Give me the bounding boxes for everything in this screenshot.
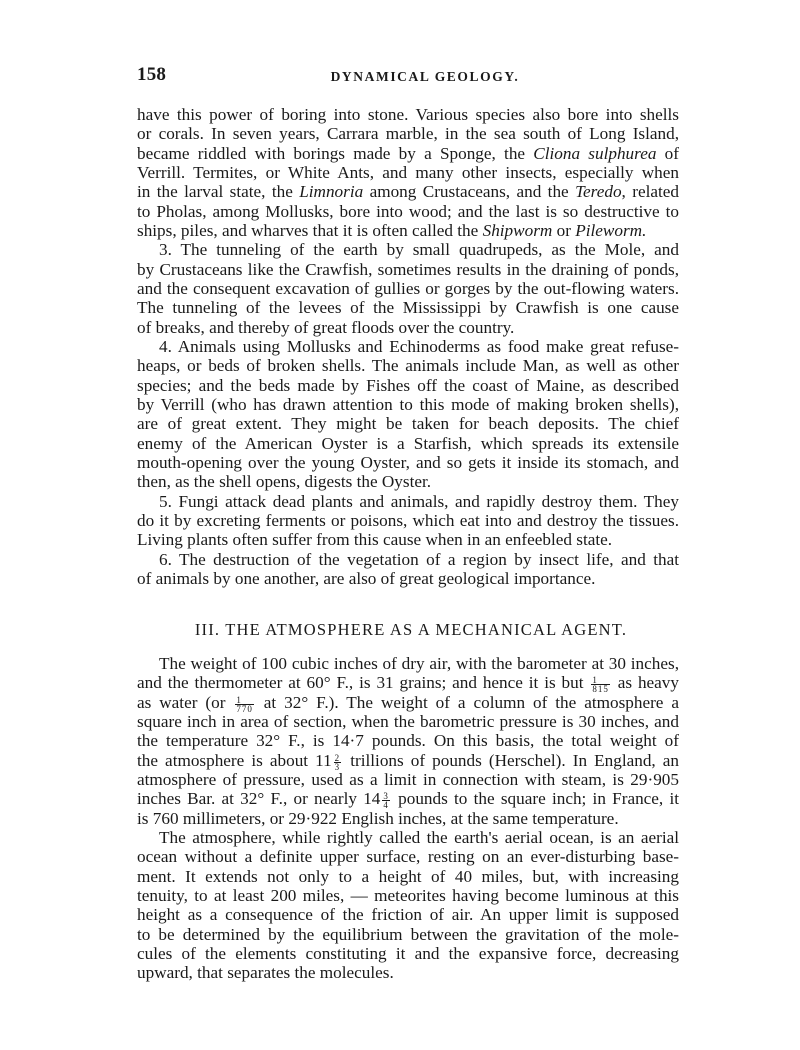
text-run: the temperature 32° F., is 14·7 pounds. … [137, 731, 679, 750]
text-line: height as a consequence of the friction … [137, 905, 679, 924]
text-run: in the larval state, the [137, 182, 299, 201]
italic-term: Shipworm [483, 221, 553, 240]
text-run: square inch in area of section, when the… [137, 712, 679, 731]
text-line: species; and the beds made by Fishes off… [137, 376, 679, 395]
text-run: is 760 millimeters, or 29·922 English in… [137, 809, 619, 828]
text-run: trillions of pounds (Herschel). In Engla… [343, 751, 679, 770]
text-run: inches Bar. at 32° F., or nearly 14 [137, 789, 380, 808]
text-run: at 32° F.). The weight of a column of th… [256, 693, 679, 712]
text-run: The tunneling of the levees of the Missi… [137, 298, 679, 317]
text-line: do it by excreting ferments or poisons, … [137, 511, 679, 530]
text-run: as water (or [137, 693, 233, 712]
text-line: by Crustaceans like the Crawfish, someti… [137, 260, 679, 279]
text-run: The atmosphere, while rightly called the… [159, 828, 679, 847]
text-line: then, as the shell opens, digests the Oy… [137, 472, 679, 491]
text-line: ment. It extends not only to a height of… [137, 867, 679, 886]
text-run: and the thermometer at 60° F., is 31 gra… [137, 673, 589, 692]
text-run: or [552, 221, 575, 240]
text-run: have this power of boring into stone. Va… [137, 105, 679, 124]
text-run: ment. It extends not only to a height of… [137, 867, 679, 886]
text-run: species; and the beds made by Fishes off… [137, 376, 679, 395]
text-run: , related [622, 182, 679, 201]
text-line: ocean without a definite upper surface, … [137, 847, 679, 866]
text-line: as water (or 1770 at 32° F.). The weight… [137, 693, 679, 712]
fraction: 1815 [591, 676, 610, 693]
text-line: and the consequent excavation of gullies… [137, 279, 679, 298]
text-run: are of great extent. They might be taken… [137, 414, 679, 433]
text-line: 5. Fungi attack dead plants and animals,… [159, 492, 679, 511]
text-run: height as a consequence of the friction … [137, 905, 679, 924]
text-line: have this power of boring into stone. Va… [137, 105, 679, 124]
text-line: ships, piles, and wharves that it is oft… [137, 221, 679, 240]
text-line: The atmosphere, while rightly called the… [159, 828, 679, 847]
text-line: mouth-opening over the young Oyster, and… [137, 453, 679, 472]
text-run: of [656, 144, 679, 163]
text-run: enemy of the American Oyster is a Starfi… [137, 434, 679, 453]
text-line: the temperature 32° F., is 14·7 pounds. … [137, 731, 679, 750]
text-line: of breaks, and thereby of great floods o… [137, 318, 679, 337]
text-run: atmosphere of pressure, used as a limit … [137, 770, 679, 789]
text-run: the atmosphere is about 11 [137, 751, 332, 770]
text-line: are of great extent. They might be taken… [137, 414, 679, 433]
text-line: or corals. In seven years, Carrara marbl… [137, 124, 679, 143]
text-run: tenuity, to at least 200 miles, — meteor… [137, 886, 679, 905]
text-run: mouth-opening over the young Oyster, and… [137, 453, 679, 472]
text-run: among Crustaceans, and the [363, 182, 575, 201]
text-line: inches Bar. at 32° F., or nearly 1434 po… [137, 789, 679, 808]
text-line: enemy of the American Oyster is a Starfi… [137, 434, 679, 453]
italic-term: Teredo [575, 182, 621, 201]
text-line: The tunneling of the levees of the Missi… [137, 298, 679, 317]
text-run: of animals by one another, are also of g… [137, 569, 595, 588]
text-line: 6. The destruction of the vegetation of … [159, 550, 679, 569]
text-run: by Verrill (who has drawn attention to t… [137, 395, 679, 414]
text-run: to be determined by the equilibrium betw… [137, 925, 679, 944]
text-run: do it by excreting ferments or poisons, … [137, 511, 679, 530]
text-line: Living plants often suffer from this cau… [137, 530, 679, 549]
running-title: DYNAMICAL GEOLOGY. [0, 69, 800, 85]
section-heading: III. THE ATMOSPHERE AS A MECHANICAL AGEN… [0, 620, 800, 640]
text-line: 3. The tunneling of the earth by small q… [159, 240, 679, 259]
text-run: 6. The destruction of the vegetation of … [159, 550, 679, 569]
text-run: The weight of 100 cubic inches of dry ai… [159, 654, 679, 673]
text-line: cules of the elements constituting it an… [137, 944, 679, 963]
text-line: atmosphere of pressure, used as a limit … [137, 770, 679, 789]
text-line: Verrill. Termites, or White Ants, and ma… [137, 163, 679, 182]
text-run: 5. Fungi attack dead plants and animals,… [159, 492, 679, 511]
text-run: and the consequent excavation of gullies… [137, 279, 679, 298]
text-run: as heavy [612, 673, 679, 692]
text-run: heaps, or beds of broken shells. The ani… [137, 356, 679, 375]
text-line: to be determined by the equilibrium betw… [137, 925, 679, 944]
text-run: Verrill. Termites, or White Ants, and ma… [137, 163, 679, 182]
text-run: Living plants often suffer from this cau… [137, 530, 612, 549]
fraction: 1770 [235, 696, 254, 713]
text-line: The weight of 100 cubic inches of dry ai… [159, 654, 679, 673]
text-line: square inch in area of section, when the… [137, 712, 679, 731]
fraction: 23 [334, 754, 342, 771]
text-run: ships, piles, and wharves that it is oft… [137, 221, 483, 240]
text-line: to Pholas, among Mollusks, bore into woo… [137, 202, 679, 221]
text-line: of animals by one another, are also of g… [137, 569, 679, 588]
text-run: 3. The tunneling of the earth by small q… [159, 240, 679, 259]
text-run: or corals. In seven years, Carrara marbl… [137, 124, 679, 143]
text-run: pounds to the square inch; in France, it [392, 789, 679, 808]
text-line: the atmosphere is about 1123 trillions o… [137, 751, 679, 770]
text-run: became riddled with borings made by a Sp… [137, 144, 533, 163]
text-run: to Pholas, among Mollusks, bore into woo… [137, 202, 679, 221]
text-run: upward, that separates the molecules. [137, 963, 394, 982]
text-run: ocean without a definite upper surface, … [137, 847, 679, 866]
fraction: 34 [382, 792, 390, 809]
text-line: 4. Animals using Mollusks and Echinoderm… [159, 337, 679, 356]
text-run: of breaks, and thereby of great floods o… [137, 318, 514, 337]
text-run: by Crustaceans like the Crawfish, someti… [137, 260, 679, 279]
italic-term: Limnoria [299, 182, 363, 201]
italic-term: Cliona sulphurea [533, 144, 656, 163]
text-line: tenuity, to at least 200 miles, — meteor… [137, 886, 679, 905]
text-line: became riddled with borings made by a Sp… [137, 144, 679, 163]
text-run: then, as the shell opens, digests the Oy… [137, 472, 431, 491]
text-line: in the larval state, the Limnoria among … [137, 182, 679, 201]
text-run: 4. Animals using Mollusks and Echinoderm… [159, 337, 679, 356]
text-line: and the thermometer at 60° F., is 31 gra… [137, 673, 679, 692]
book-page: 158 DYNAMICAL GEOLOGY. have this power o… [0, 0, 800, 1050]
text-line: heaps, or beds of broken shells. The ani… [137, 356, 679, 375]
text-line: is 760 millimeters, or 29·922 English in… [137, 809, 679, 828]
italic-term: Pileworm. [575, 221, 646, 240]
text-line: by Verrill (who has drawn attention to t… [137, 395, 679, 414]
text-run: cules of the elements constituting it an… [137, 944, 679, 963]
text-line: upward, that separates the molecules. [137, 963, 679, 982]
